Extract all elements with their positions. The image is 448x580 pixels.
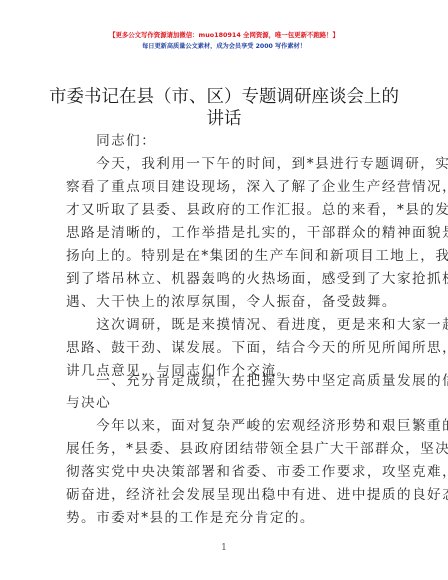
page-number: 1 — [0, 543, 448, 553]
body-line: 思路是清晰的，工作举措是扎实的，干部群众的精神面貌是昂 — [66, 222, 384, 245]
body-line: 察看了重点项目建设现场，深入了解了企业生产经营情况，刚 — [66, 176, 384, 199]
body-line: 展任务，*县委、县政府团结带领全县广大干部群众，坚决贯 — [66, 438, 384, 461]
body-line: 彻落实党中央决策部署和省委、市委工作要求，攻坚克难，砥 — [66, 461, 384, 484]
section-heading: 与决心 — [66, 392, 384, 415]
section-heading: 一、充分肯定成绩，在把握大势中坚定高质量发展的信心 — [66, 370, 384, 393]
body-line: 思路、鼓干劲、谋发展。下面，结合今天的所见所闻所思，我 — [66, 337, 384, 360]
body-line: 遇、大干快上的浓厚氛围，令人振奋，备受鼓舞。 — [66, 291, 384, 314]
body-line: 到了塔吊林立、机器轰鸣的火热场面，感受到了大家抢抓机 — [66, 268, 384, 291]
body-line: 今年以来，面对复杂严峻的宏观经济形势和艰巨繁重的发 — [66, 415, 384, 438]
greeting: 同志们： — [66, 130, 384, 153]
body-line: 势。市委对*县的工作是充分肯定的。 — [66, 507, 384, 530]
body-line: 才又听取了县委、县政府的工作汇报。总的来看，*县的发展 — [66, 199, 384, 222]
body-line: 扬向上的。特别是在*集团的生产车间和新项目工地上，我看 — [66, 245, 384, 268]
promo-banner-red: 【更多公文写作资源请加微信：muo180914 全网资源，唯一包更新不跑路！】 — [0, 30, 448, 39]
body-line: 砺奋进，经济社会发展呈现出稳中有进、进中提质的良好态 — [66, 484, 384, 507]
promo-banner-blue: 每日更新高质量公文素材，成为会员享受 2000 写作素材！ — [0, 41, 448, 50]
document-title-line-2: 讲话 — [0, 108, 448, 130]
body-line: 这次调研，既是来摸情况、看进度，更是来和大家一起理 — [66, 314, 384, 337]
body-line: 今天，我利用一下午的时间，到*县进行专题调研，实地 — [66, 153, 384, 176]
document-title-line-1: 市委书记在县（市、区）专题调研座谈会上的 — [0, 86, 448, 108]
